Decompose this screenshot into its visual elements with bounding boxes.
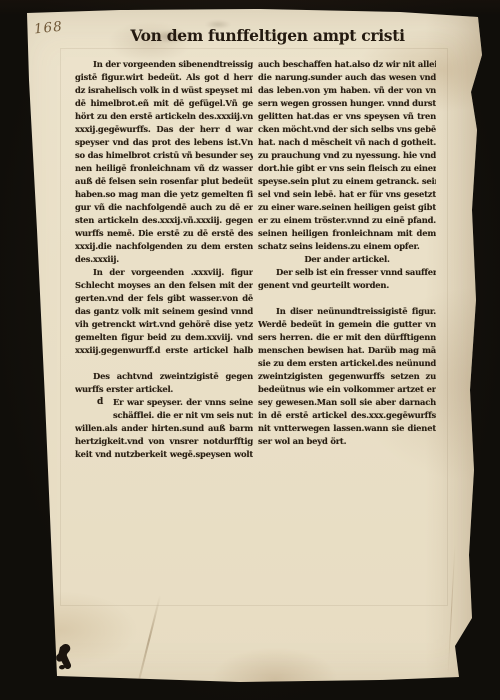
text-line: bedeütnus wie ein volkommer artzet er: [258, 383, 436, 396]
text-line: cken möcht.vnd der sich selbs vns gebē: [258, 123, 436, 136]
text-line: sey gewesen.Man soll sie aber darnach: [258, 396, 436, 409]
text-line: hertzigkeit.vnd von vnsrer notdurfftig: [75, 435, 253, 448]
photo-background: 168 Von dem funffeltigen ampt cristi In …: [0, 0, 500, 700]
text-line: er zu einem tröster.vnnd zu einē pfand.: [258, 214, 436, 227]
text-line: sie zu dem ersten artickel.des neünund: [258, 357, 436, 370]
text-line: gur vñ die nachfolgendē auch zu dē er: [75, 201, 253, 214]
text-line: auß dē felsen sein rosenfar plut bedeüt: [75, 175, 253, 188]
guide-letter: d: [97, 396, 103, 409]
text-line: wurffs erster artickel.: [75, 383, 253, 396]
text-line: das gantz volk mit seinem gesind vnnd: [75, 305, 253, 318]
text-line: in dē erstē artickel des.xxx.gegēwurffs: [258, 409, 436, 422]
text-line: xxxij.gegēwurffs. Das der herr d war: [75, 123, 253, 136]
text-line: zweintzigisten gegenwurffs setzen zu: [258, 370, 436, 383]
text-line: vih getrenckt wirt.vnd gehörē dise yetz: [75, 318, 253, 331]
text-line: sers herren. die er mit den dürfftigenn: [258, 331, 436, 344]
text-line: nen heiligē fronleichnam vñ dz wasser: [75, 162, 253, 175]
text-line: Schlecht moyses an den felsen mit der: [75, 279, 253, 292]
text-line: seinen heiligen fronleichnam mit dem: [258, 227, 436, 240]
text-line: gelitten hat.das er vns speysen vñ tren: [258, 110, 436, 123]
ink-blot-mark: [51, 642, 76, 672]
text-line: dEr war speyser. der vnns seine: [75, 396, 253, 409]
text-line: keit vnd nutzberkeit wegē.speysen wolt: [75, 448, 253, 461]
text-line: sel vnd sein lebē. hat er für vns gesetz…: [258, 188, 436, 201]
text-line: gemelten figur beid zu dem.xxviij. vnd: [75, 331, 253, 344]
text-line: In diser neünundtreissigistē figur.: [258, 305, 436, 318]
text-line: Der selb ist ein fresser vnnd sauffer: [258, 266, 436, 279]
folio-number: 168: [33, 19, 63, 38]
text-line: so das himelbrot cristū vñ besunder sey: [75, 149, 253, 162]
text-line: dz israhelisch volk in d wüst speyset mi…: [75, 84, 253, 97]
text-line: haben.so mag man die yetz gemelten fi: [75, 188, 253, 201]
crease-line: [137, 595, 161, 685]
text-line: Der ander artickel.: [258, 253, 436, 266]
text-line: Des achtvnd zweintzigistē gegen: [75, 370, 253, 383]
text-line: auch beschaffen hat.also dz wir nit alle…: [258, 58, 436, 71]
text-line: schäfflei. die er nit vm seis nutz: [75, 409, 253, 422]
text-line: gerten.vnd der fels gibt wasser.von dē: [75, 292, 253, 305]
text-line: das leben.von ym haben. vñ der von vn: [258, 84, 436, 97]
text-column-left: In der vorgeenden sibenendtreissiggistē …: [75, 58, 253, 461]
text-line: zu prauchung vnd zu nyessung. hie vnd: [258, 149, 436, 162]
text-line: wurffs nemē. Die erstē zu dē erstē des: [75, 227, 253, 240]
text-line: gistē figur.wirt bedeüt. Als got d herr: [75, 71, 253, 84]
text-line: xxxij.die nachfolgenden zu dem ersten: [75, 240, 253, 253]
text-line: In der vorgeenden sibenendtreissig: [75, 58, 253, 71]
crease-line: [448, 545, 456, 675]
text-line: speyser vnd das prot des lebens ist.Vn: [75, 136, 253, 149]
text-line: In der vorgeenden .xxxviij. figur: [75, 266, 253, 279]
text-line: sern wegen grossen hunger. vnnd durst: [258, 97, 436, 110]
text-line: hat. nach d mēscheit vñ nach d gotheit.: [258, 136, 436, 149]
page-heading: Von dem funffeltigen ampt cristi: [95, 26, 440, 45]
text-line-content: Er war speyser. der vnns seine: [113, 397, 253, 407]
text-line: die narung.sunder auch das wesen vnd: [258, 71, 436, 84]
text-line: sten artickeln des.xxxij.vñ.xxxiij. gege…: [75, 214, 253, 227]
text-line: speyse.sein plut zu einem getranck. sein: [258, 175, 436, 188]
text-line: menschen bewisen hat. Darüb mag mā: [258, 344, 436, 357]
text-line: willen.als ander hirten.sund auß barm: [75, 422, 253, 435]
text-line: schatz seins leidens.zu einem opfer.: [258, 240, 436, 253]
manuscript-page: 168 Von dem funffeltigen ampt cristi In …: [0, 0, 500, 700]
text-line: hört zu den erstē artickeln des.xxxiij.v…: [75, 110, 253, 123]
text-line: Werdē bedeüt in gemein die gutter vn: [258, 318, 436, 331]
text-line: ser wol an beyd ört.: [258, 435, 436, 448]
text-line: des.xxxiij.: [75, 253, 253, 266]
text-line: genent vnd geurteilt worden.: [258, 279, 436, 292]
text-line: dort.hie gibt er vns sein fleisch zu ein…: [258, 162, 436, 175]
text-line: nit vntterwegen lassen.wann sie dienet: [258, 422, 436, 435]
text-line: zu einer ware.seinen heiligen geist gibt: [258, 201, 436, 214]
text-line: xxxiij.gegenwurff.d erste artickel halb: [75, 344, 253, 357]
text-line: dē himelbrot.eñ mit dē gefügel.Vñ ge: [75, 97, 253, 110]
text-column-right: auch beschaffen hat.also dz wir nit alle…: [258, 58, 436, 448]
